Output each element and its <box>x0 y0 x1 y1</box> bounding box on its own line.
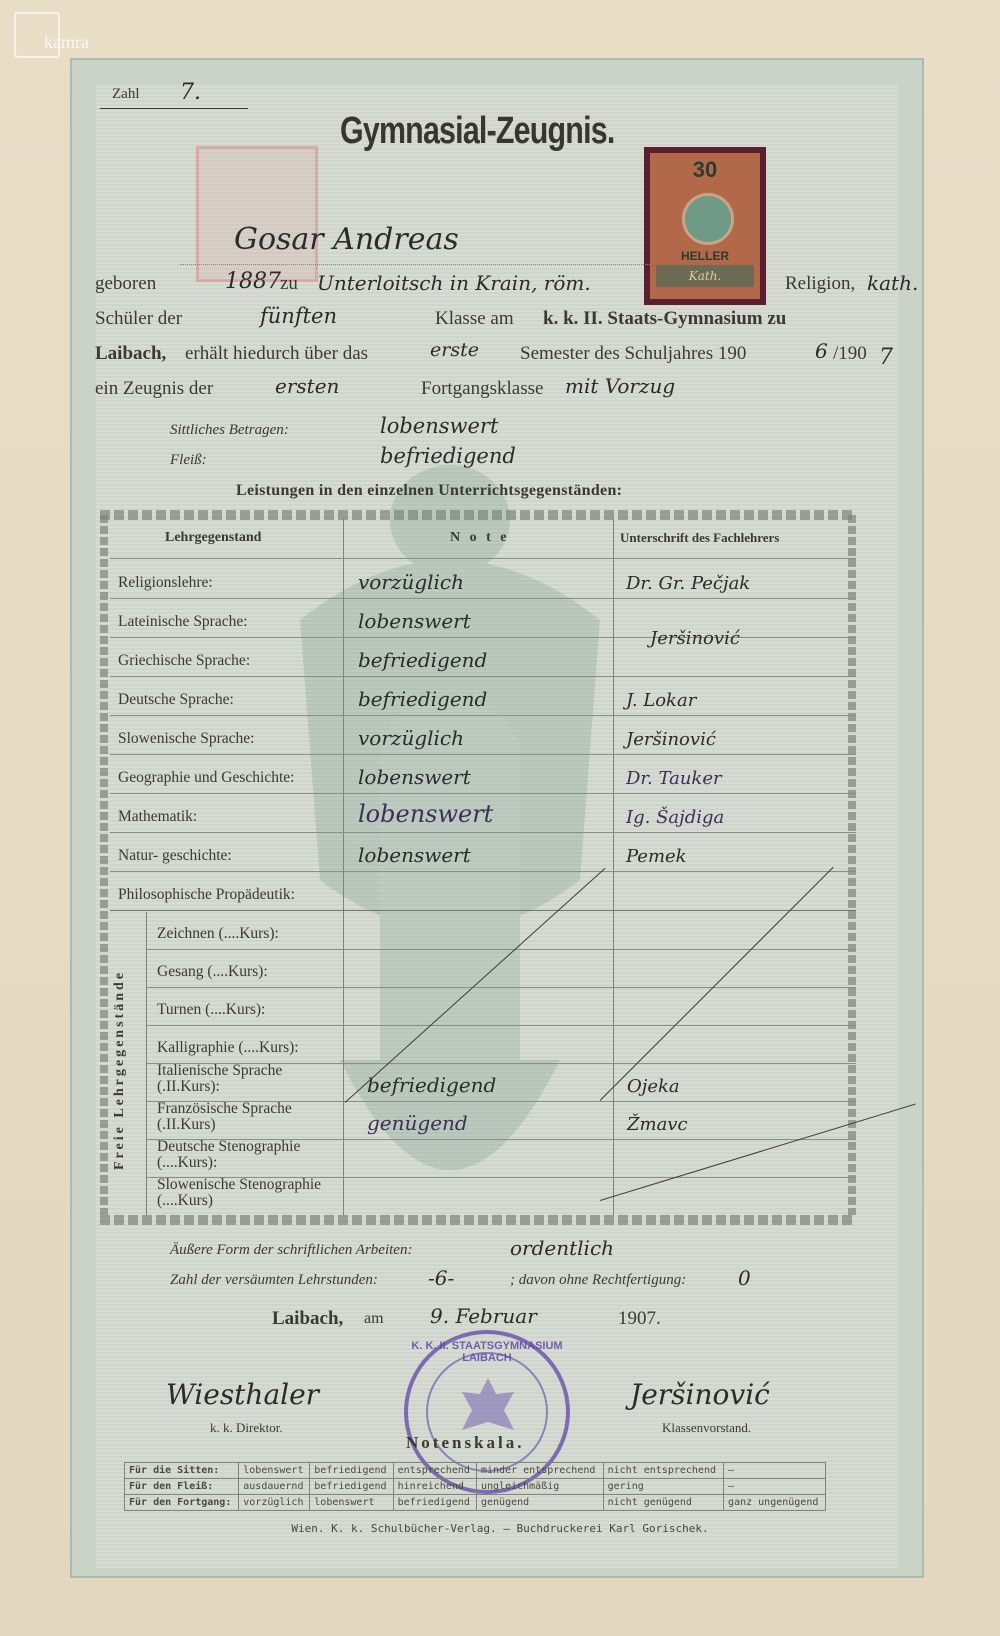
optional-grade-row: Deutsche Stenographie (....Kurs): <box>147 1140 856 1178</box>
scale-row: Für den Fleiß: ausdauernd befriedigend h… <box>125 1479 826 1495</box>
diligence-value: befriedigend <box>380 444 516 468</box>
distinction-value: mit Vorzug <box>565 374 675 398</box>
birth-line: geboren 1887 zu Unterloitsch in Krain, r… <box>95 273 910 299</box>
director-label: k. k. Direktor. <box>210 1420 283 1436</box>
notenskala-title: Notenskala. <box>406 1433 524 1453</box>
zahl-field: Zahl 7. <box>100 86 248 109</box>
optional-grade-row: Italienische Sprache (.II.Kurs): befried… <box>147 1064 856 1102</box>
progress-line: ein Zeugnis der ersten Fortgangsklasse m… <box>95 378 910 404</box>
semester-line: Laibach, erhält hiedurch über das erste … <box>95 343 910 369</box>
optional-grade-row: Slowenische Stenographie (....Kurs) <box>147 1178 856 1215</box>
birthplace: Unterloitsch in Krain, röm. <box>317 271 591 295</box>
grade-row: Mathematik: lobenswert Ig. Šajdiga <box>110 793 856 833</box>
grade-row: Lateinische Sprache: lobenswert Jeršinov… <box>110 598 856 638</box>
conduct-value: lobenswert <box>380 414 498 438</box>
ornamental-border-top <box>100 510 856 520</box>
zahl-value: 7. <box>180 80 201 105</box>
birth-year: 1887 <box>225 269 281 294</box>
class-teacher-label: Klassenvorstand. <box>662 1420 751 1436</box>
emperor-portrait-icon <box>682 193 734 245</box>
student-name: Gosar Andreas <box>234 222 459 257</box>
grade-row: Natur- geschichte: lobenswert Pemek <box>110 832 856 872</box>
conduct-line: Sittliches Betragen: lobenswert <box>170 420 750 446</box>
semester-value: erste <box>430 339 479 361</box>
printer-imprint: Wien. K. k. Schulbücher-Verlag. — Buchdr… <box>0 1522 1000 1535</box>
written-form-value: ordentlich <box>510 1236 614 1260</box>
grade-row: Religionslehre: vorzüglich Dr. Gr. Pečja… <box>110 559 856 599</box>
class-teacher-signature: Jeršinović <box>630 1378 770 1411</box>
grade-row: Griechische Sprache: befriedigend <box>110 637 856 677</box>
missed-lessons-line: Zahl der versäumten Lehrstunden: -6- ; d… <box>170 1270 790 1292</box>
unexcused-value: 0 <box>738 1266 751 1290</box>
kamra-watermark: kamra <box>14 12 74 56</box>
class-line: Schüler der fünften Klasse am k. k. II. … <box>95 308 910 334</box>
grade-row: Geographie und Geschichte: lobenswert Dr… <box>110 754 856 794</box>
optional-subjects-label: Freie Lehrgegenstände <box>112 970 128 1170</box>
scale-row: Für den Fortgang: vorzüglich lobenswert … <box>125 1495 826 1511</box>
optional-grade-row: Gesang (....Kurs): <box>147 950 856 988</box>
school-name: k. k. II. Staats-Gymnasium zu <box>543 308 786 330</box>
issue-date: 9. Februar <box>430 1304 537 1328</box>
written-form-line: Äußere Form der schriftlichen Arbeiten: … <box>170 1240 790 1262</box>
optional-grade-row: Turnen (....Kurs): <box>147 988 856 1026</box>
grades-header-row: Lehrgegenstand N o t e Unterschrift des … <box>110 520 856 559</box>
grade-row: Deutsche Sprache: befriedigend J. Lokar <box>110 676 856 716</box>
diligence-line: Fleiß: befriedigend <box>170 450 750 476</box>
scale-row: Für die Sitten: lobenswert befriedigend … <box>125 1463 826 1479</box>
ornamental-border-bottom <box>100 1215 856 1225</box>
optional-grade-row: Kalligraphie (....Kurs): <box>147 1026 856 1064</box>
grade-row: Slowenische Sprache: vorzüglich Jeršinov… <box>110 715 856 755</box>
name-line: Gosar Andreas <box>180 238 650 265</box>
optional-grade-row: Zeichnen (....Kurs): <box>147 912 856 950</box>
optional-grade-row: Französische Sprache (.II.Kurs) genügend… <box>147 1102 856 1140</box>
missed-lessons-value: -6- <box>428 1266 454 1290</box>
grades-heading: Leistungen in den einzelnen Unterrichtsg… <box>236 482 622 500</box>
progress-class-value: ersten <box>275 374 339 398</box>
ornamental-border-left <box>100 515 108 1215</box>
director-signature: Wiesthaler <box>166 1378 319 1411</box>
grade-row: Philosophische Propädeutik: <box>110 871 856 911</box>
class-value: fünften <box>260 304 337 328</box>
document-title: Gymnasial-Zeugnis. <box>340 110 614 153</box>
religion-value: kath. <box>867 271 918 295</box>
grading-scale-table: Für die Sitten: lobenswert befriedigend … <box>124 1462 826 1511</box>
